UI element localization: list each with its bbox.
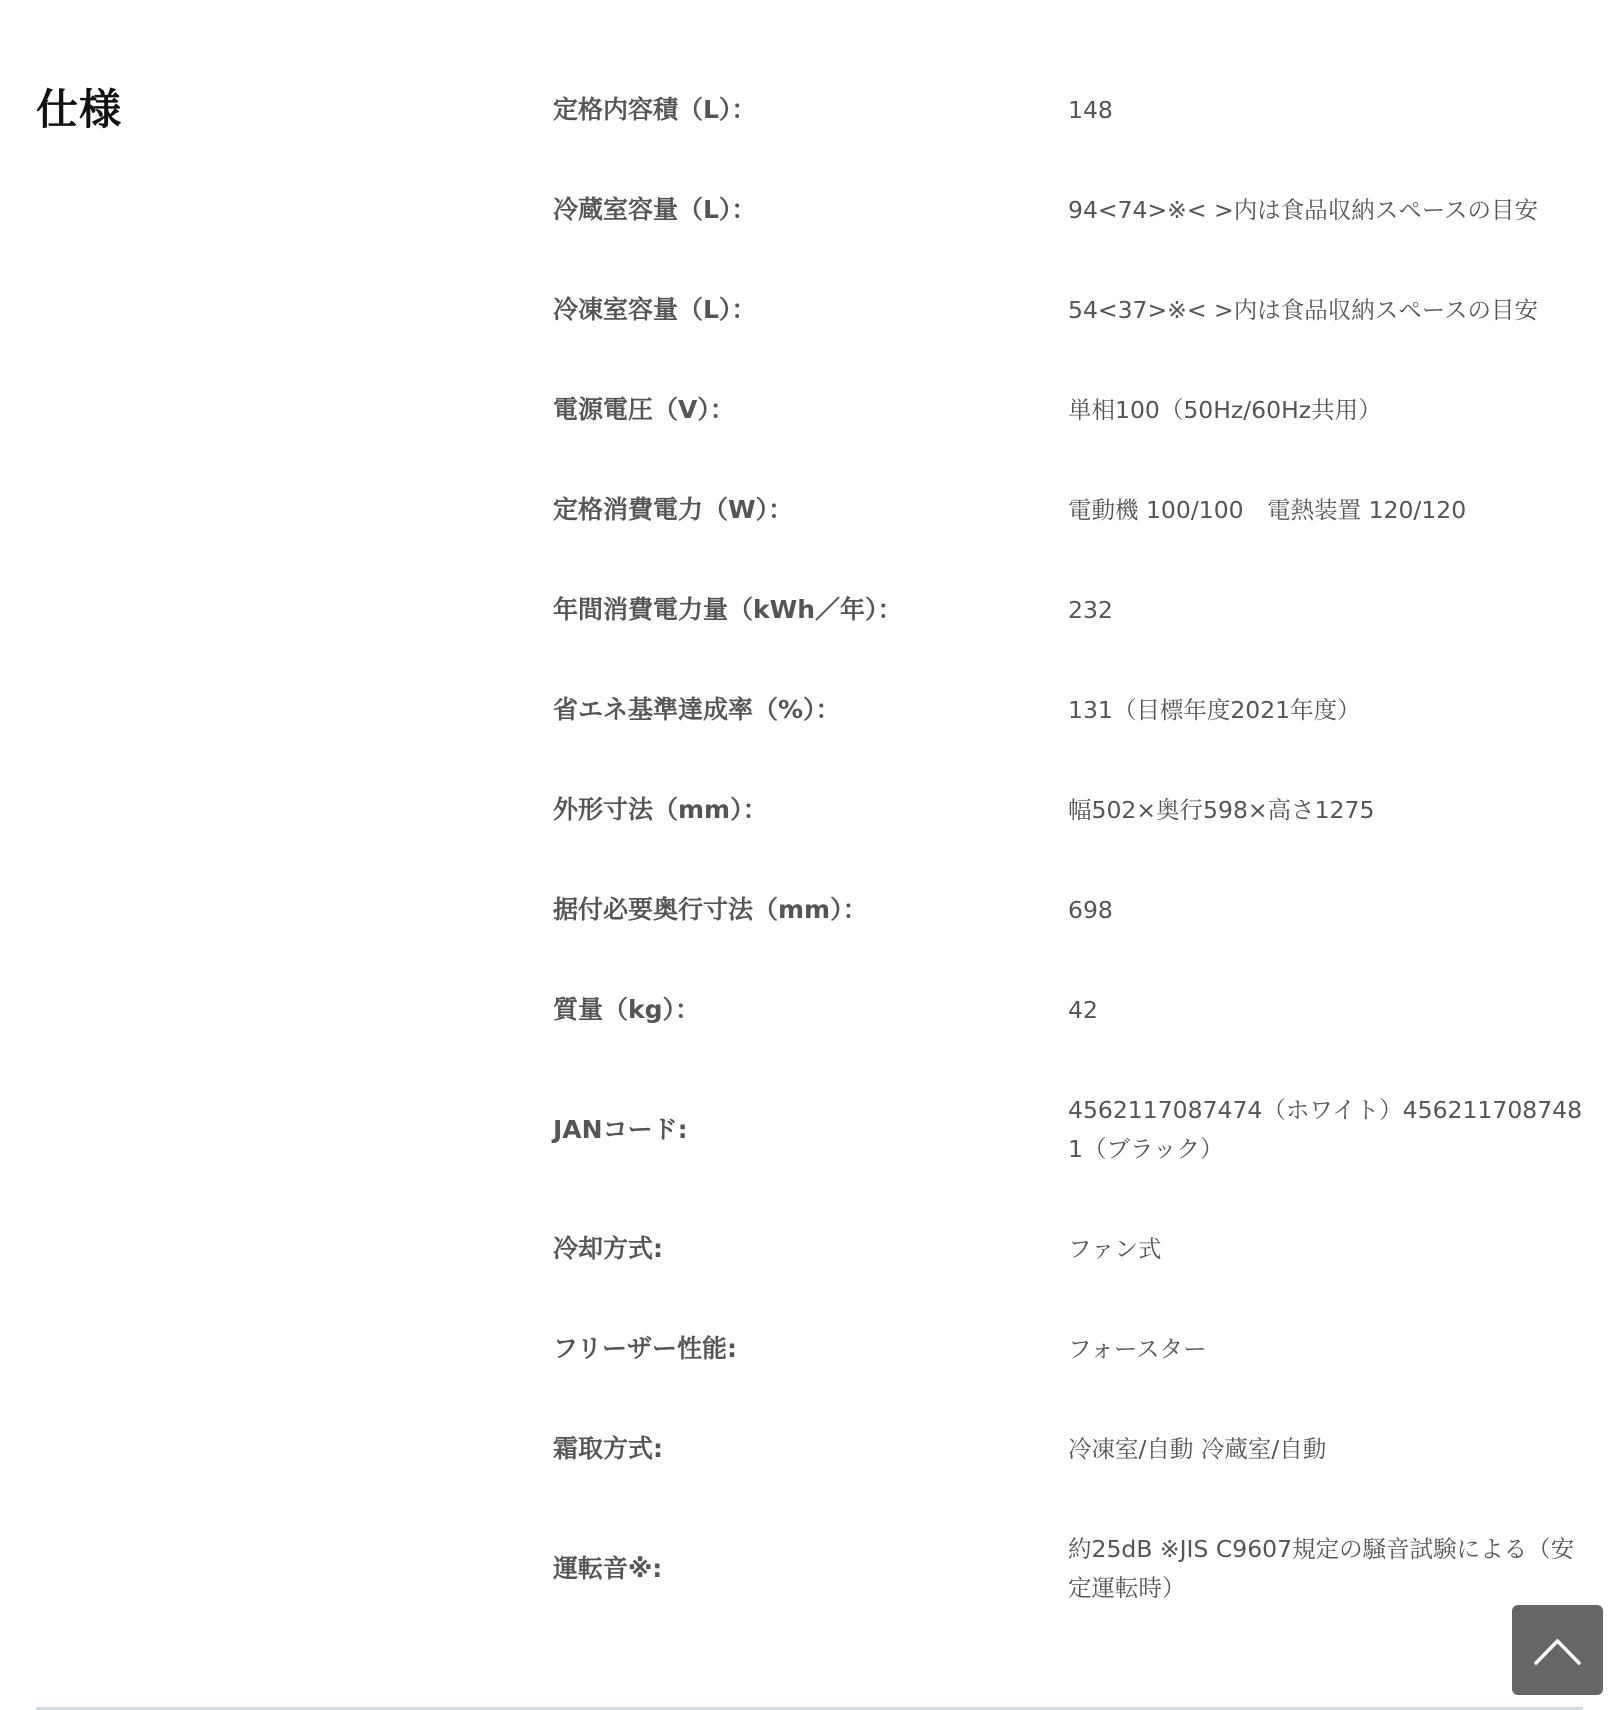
spec-label: 電源電圧（V）： [553, 393, 1068, 427]
spec-label: 冷凍室容量（L）： [553, 293, 1068, 327]
spec-value: 単相100（50Hz/60Hz共用） [1068, 391, 1593, 430]
spec-label: 外形寸法（mm）： [553, 793, 1068, 827]
spec-label: 質量（kg）： [553, 993, 1068, 1027]
spec-row-install-depth: 据付必要奥行寸法（mm）： 698 [553, 860, 1593, 960]
spec-row-rated-power: 定格消費電力（W）： 電動機 100/100 電熱装置 120/120 [553, 460, 1593, 560]
spec-value: 232 [1068, 591, 1593, 630]
spec-value: 698 [1068, 891, 1593, 930]
spec-row-defrost-method: 霜取方式: 冷凍室/自動 冷蔵室/自動 [553, 1399, 1593, 1499]
scroll-to-top-button[interactable] [1512, 1605, 1603, 1695]
spec-value: 電動機 100/100 電熱装置 120/120 [1068, 491, 1593, 530]
spec-label: 定格内容積（L）： [553, 93, 1068, 127]
spec-value: 148 [1068, 91, 1593, 130]
spec-value: 54<37>※< >内は食品収納スペースの目安 [1068, 291, 1593, 330]
spec-value: ファン式 [1068, 1230, 1593, 1269]
spec-section: 仕様 定格内容積（L）： 148 冷蔵室容量（L）： 94<74>※< >内は食… [0, 0, 1620, 1710]
spec-table: 定格内容積（L）： 148 冷蔵室容量（L）： 94<74>※< >内は食品収納… [553, 60, 1593, 1638]
spec-label: 霜取方式: [553, 1432, 1068, 1466]
spec-label: 運転音※: [553, 1552, 1068, 1586]
spec-row-freezer-capacity: 冷凍室容量（L）： 54<37>※< >内は食品収納スペースの目安 [553, 260, 1593, 360]
spec-label: 省エネ基準達成率（%）： [553, 693, 1068, 727]
spec-value: 冷凍室/自動 冷蔵室/自動 [1068, 1430, 1593, 1469]
spec-row-noise-level: 運転音※: 約25dB ※JIS C9607規定の騒音試験による（安定運転時） [553, 1499, 1593, 1638]
spec-row-capacity: 定格内容積（L）： 148 [553, 60, 1593, 160]
spec-row-cooling-method: 冷却方式: ファン式 [553, 1199, 1593, 1299]
spec-value: フォースター [1068, 1330, 1593, 1369]
spec-value: 42 [1068, 991, 1593, 1030]
spec-value: 94<74>※< >内は食品収納スペースの目安 [1068, 191, 1593, 230]
section-title: 仕様 [36, 84, 122, 136]
spec-label: 冷蔵室容量（L）： [553, 193, 1068, 227]
spec-row-fridge-capacity: 冷蔵室容量（L）： 94<74>※< >内は食品収納スペースの目安 [553, 160, 1593, 260]
spec-row-jan-code: JANコード: 4562117087474（ホワイト）4562117087481… [553, 1060, 1593, 1199]
chevron-up-icon [1512, 1605, 1603, 1695]
spec-label: 定格消費電力（W）： [553, 493, 1068, 527]
spec-row-voltage: 電源電圧（V）： 単相100（50Hz/60Hz共用） [553, 360, 1593, 460]
spec-row-annual-energy: 年間消費電力量（kWh／年）： 232 [553, 560, 1593, 660]
spec-row-weight: 質量（kg）： 42 [553, 960, 1593, 1060]
spec-row-energy-rate: 省エネ基準達成率（%）： 131（目標年度2021年度） [553, 660, 1593, 760]
spec-label: 据付必要奥行寸法（mm）： [553, 893, 1068, 927]
spec-row-freezer-rating: フリーザー性能: フォースター [553, 1299, 1593, 1399]
spec-label: 年間消費電力量（kWh／年）： [553, 593, 1068, 627]
spec-row-dimensions: 外形寸法（mm）： 幅502×奥行598×高さ1275 [553, 760, 1593, 860]
spec-value: 4562117087474（ホワイト）4562117087481（ブラック） [1068, 1091, 1593, 1169]
spec-value: 幅502×奥行598×高さ1275 [1068, 791, 1593, 830]
spec-value: 約25dB ※JIS C9607規定の騒音試験による（安定運転時） [1068, 1530, 1593, 1608]
spec-label: JANコード: [553, 1113, 1068, 1147]
spec-value: 131（目標年度2021年度） [1068, 691, 1593, 730]
spec-label: 冷却方式: [553, 1232, 1068, 1266]
spec-label: フリーザー性能: [553, 1332, 1068, 1366]
